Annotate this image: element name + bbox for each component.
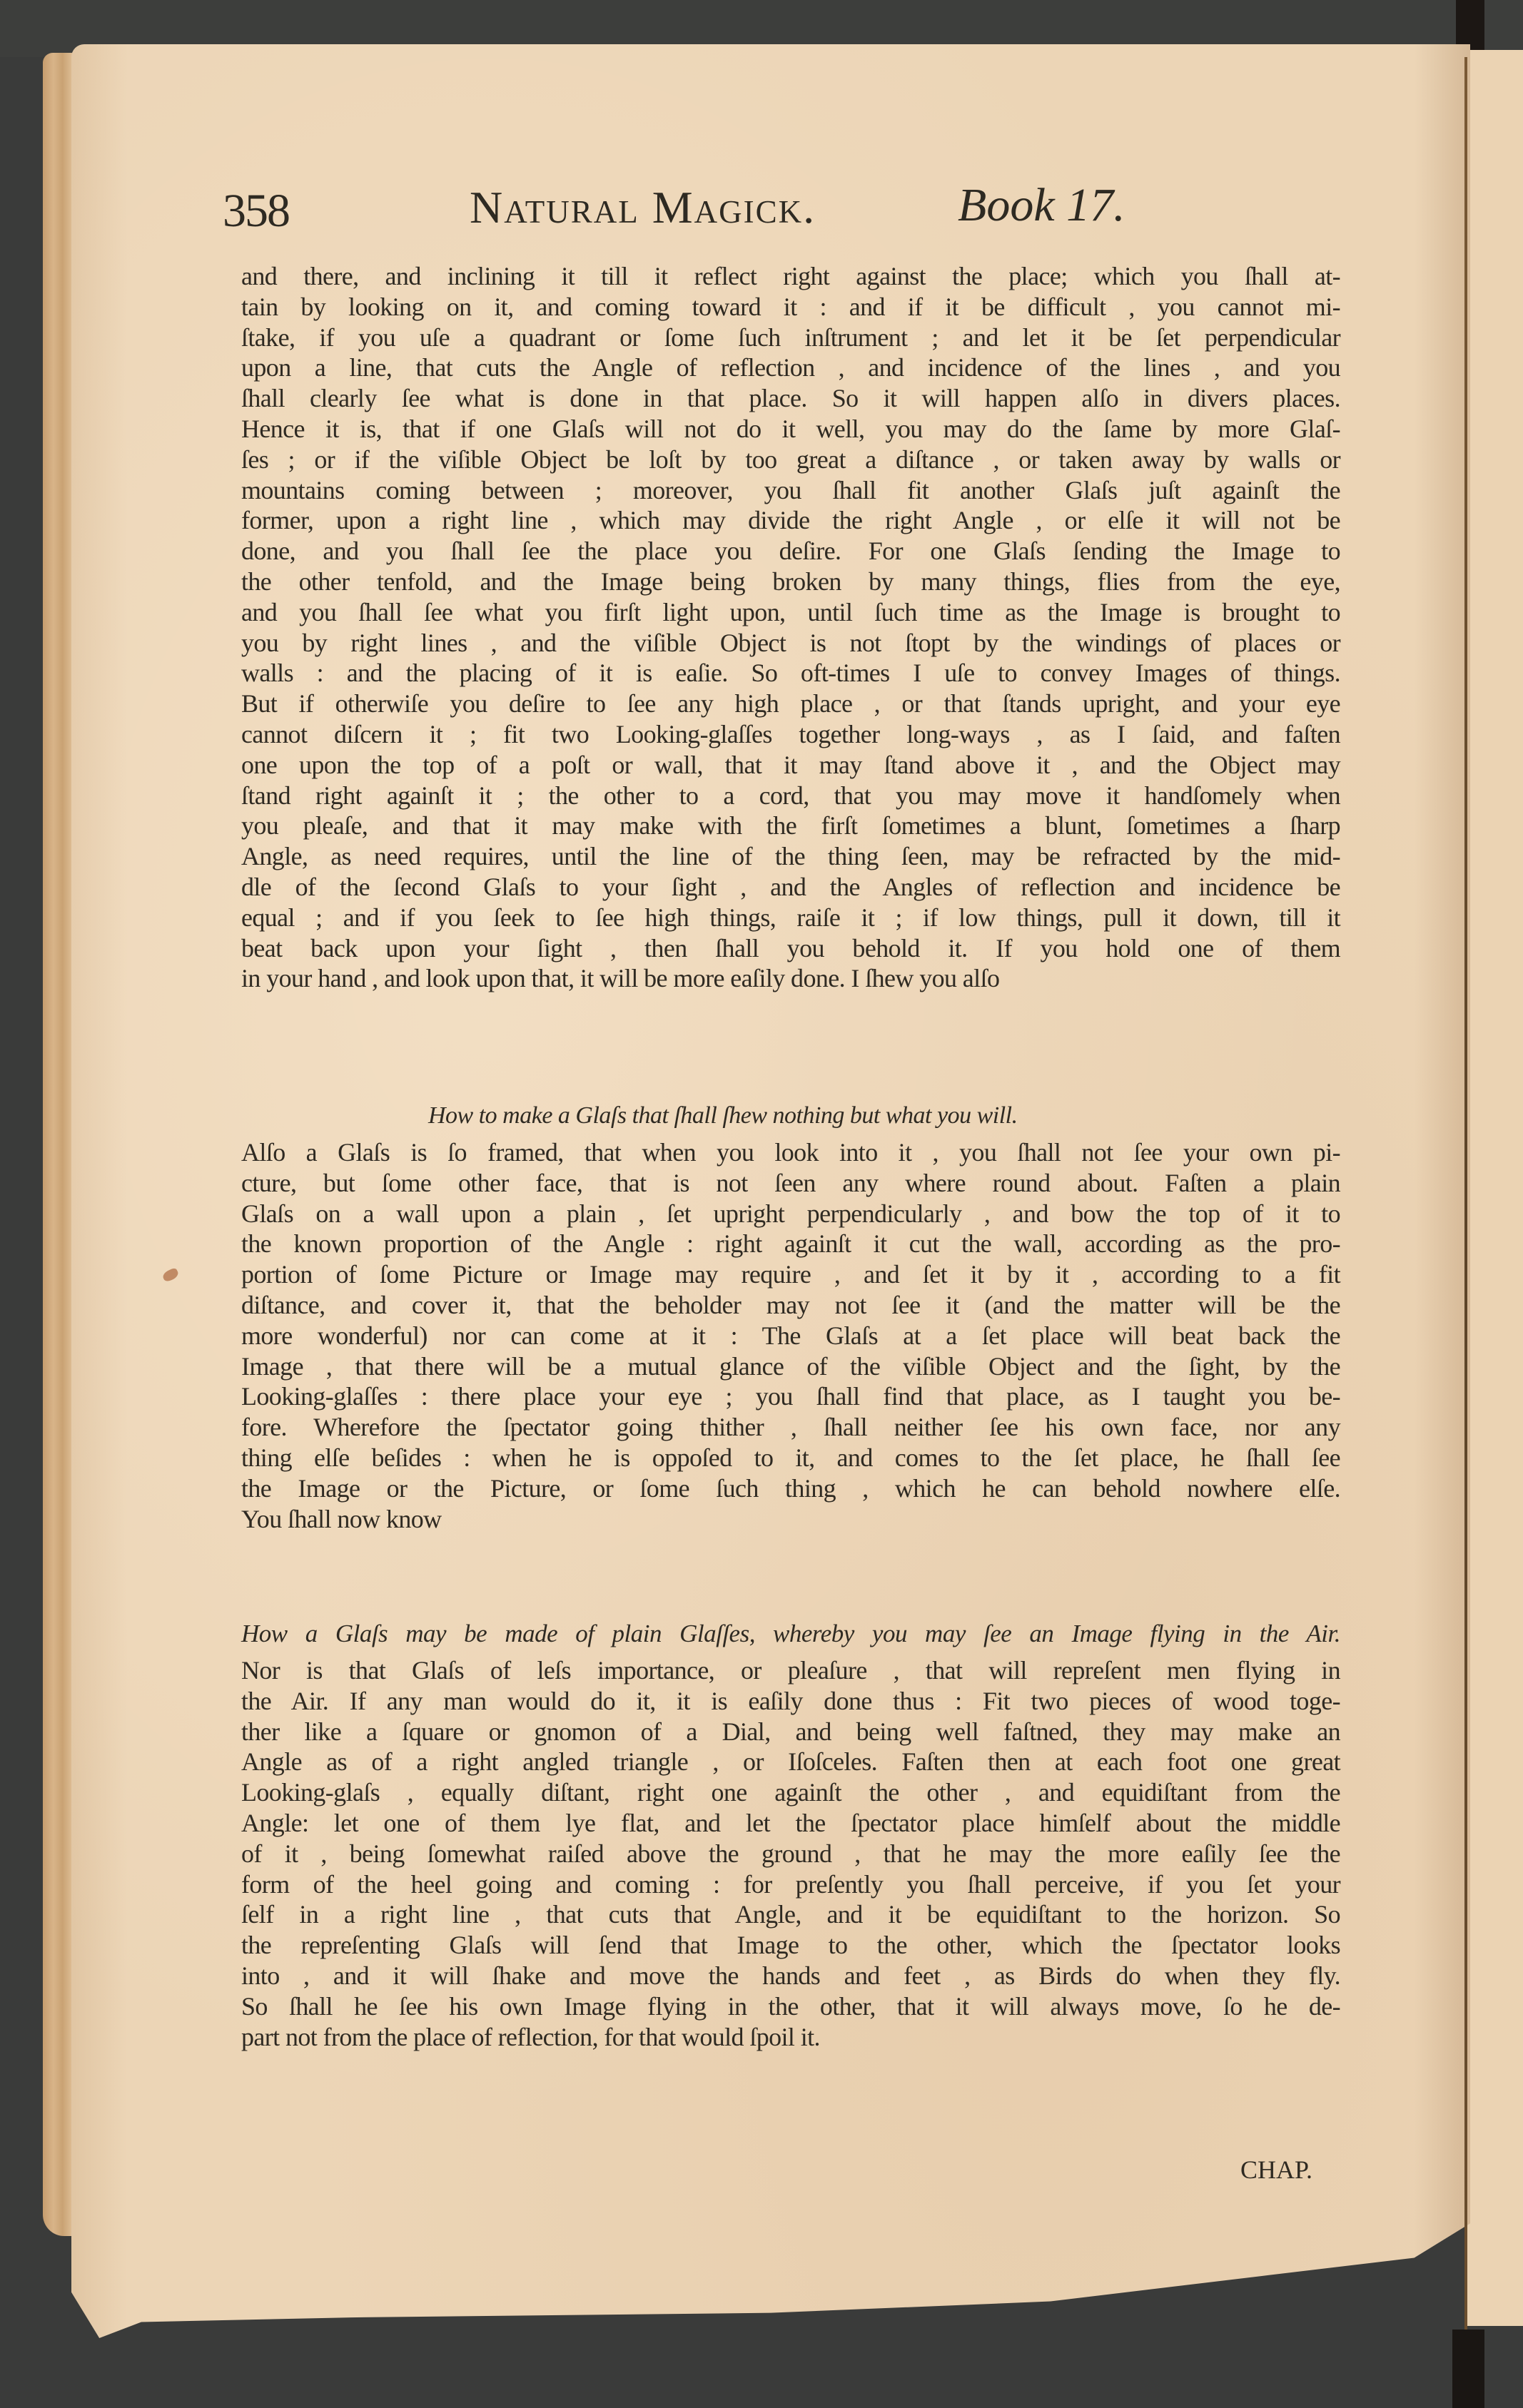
text-line: and there, and inclining it till it refl…	[241, 261, 1340, 292]
text-line: ther like a ſquare or gnomon of a Dial, …	[241, 1717, 1340, 1747]
text-line: more wonderful) nor can come at it : The…	[241, 1321, 1340, 1351]
gutter-fold	[1464, 57, 1467, 2340]
text-line: and you ſhall ſee what you firſt light u…	[241, 597, 1340, 628]
text-line: one upon the top of a poſt or wall, that…	[241, 750, 1340, 781]
text-line: into , and it will ſhake and move the ha…	[241, 1961, 1340, 1991]
text-line: Angle: let one of them lye flat, and let…	[241, 1808, 1340, 1839]
text-line: Alſo a Glaſs is ſo framed, that when you…	[241, 1137, 1340, 1168]
text-line: the known proportion of the Angle : righ…	[241, 1229, 1340, 1259]
text-line: cture, but ſome other face, that is not …	[241, 1168, 1340, 1199]
text-line: former, upon a right line , which may di…	[241, 505, 1340, 536]
text-line: cannot diſcern it ; fit two Looking-glaſ…	[241, 719, 1340, 750]
body-paragraph-3: Nor is that Glaſs of leſs importance, or…	[241, 1655, 1340, 2052]
text-line: tain by looking on it, and coming toward…	[241, 292, 1340, 322]
running-title: Natural Magick.	[470, 181, 816, 234]
text-line: ſes ; or if the viſible Object be loſt b…	[241, 444, 1340, 475]
text-line: Nor is that Glaſs of leſs importance, or…	[241, 1655, 1340, 1686]
text-line: done, and you ſhall ſee the place you de…	[241, 536, 1340, 567]
text-line: thing elſe beſides : when he is oppoſed …	[241, 1443, 1340, 1473]
book-label: Book 17.	[958, 178, 1125, 233]
text-line: the Air. If any man would do it, it is e…	[241, 1686, 1340, 1717]
text-line: of it , being ſomewhat raiſed above the …	[241, 1839, 1340, 1869]
text-line: beat back upon your ſight , then ſhall y…	[241, 933, 1340, 964]
text-line: you pleaſe, and that it may make with th…	[241, 811, 1340, 841]
text-line: Angle as of a right angled triangle , or…	[241, 1747, 1340, 1777]
text-line: equal ; and if you ſeek to ſee high thin…	[241, 903, 1340, 933]
body-paragraph-1: and there, and inclining it till it refl…	[241, 261, 1340, 994]
text-line: the repreſenting Glaſs will ſend that Im…	[241, 1930, 1340, 1961]
text-line: portion of ſome Picture or Image may req…	[241, 1259, 1340, 1290]
text-line: fore. Wherefore the ſpectator going thit…	[241, 1412, 1340, 1443]
section-heading-glass-shew-nothing: How to make a Glaſs that ſhall ſhew noth…	[428, 1102, 1018, 1129]
text-line: form of the heel going and coming : for …	[241, 1869, 1340, 1900]
body-paragraph-2: Alſo a Glaſs is ſo framed, that when you…	[241, 1137, 1340, 1534]
text-line: Hence it is, that if one Glaſs will not …	[241, 414, 1340, 444]
text-line: in your hand , and look upon that, it wi…	[241, 963, 1340, 994]
text-line: Angle, as need requires, until the line …	[241, 841, 1340, 872]
catchword: CHAP.	[1240, 2155, 1312, 2185]
running-header: 358 Natural Magick. Book 17.	[223, 178, 1336, 250]
text-line: Image , that there will be a mutual glan…	[241, 1351, 1340, 1382]
text-line: you by right lines , and the viſible Obj…	[241, 628, 1340, 659]
text-line: ſtake, if you uſe a quadrant or ſome ſuc…	[241, 322, 1340, 353]
section-heading-image-flying: How a Glaſs may be made of plain Glaſſes…	[241, 1620, 1340, 1648]
text-line: the Image or the Picture, or ſome ſuch t…	[241, 1473, 1340, 1504]
text-line: the other tenfold, and the Image being b…	[241, 567, 1340, 597]
text-line: ſelf in a right line , that cuts that An…	[241, 1899, 1340, 1930]
binding-spine-bottom	[1452, 2330, 1484, 2408]
text-line: dle of the ſecond Glaſs to your ſight , …	[241, 872, 1340, 903]
text-line: But if otherwiſe you deſire to ſee any h…	[241, 689, 1340, 719]
text-line: ſtand right againſt it ; the other to a …	[241, 781, 1340, 811]
page-number: 358	[223, 184, 289, 238]
facing-page-edge	[1467, 50, 1523, 2326]
text-line: So ſhall he ſee his own Image flying in …	[241, 1991, 1340, 2022]
text-line: upon a line, that cuts the Angle of refl…	[241, 352, 1340, 383]
text-line: diſtance, and cover it, that the beholde…	[241, 1290, 1340, 1321]
binding-spine-top	[1456, 0, 1484, 50]
text-line: You ſhall now know	[241, 1504, 1340, 1535]
text-line: ſhall clearly ſee what is done in that p…	[241, 383, 1340, 414]
text-line: Glaſs on a wall upon a plain , ſet uprig…	[241, 1199, 1340, 1229]
text-line: walls : and the placing of it is eaſie. …	[241, 658, 1340, 689]
text-line: Looking-glaſs , equally diſtant, right o…	[241, 1777, 1340, 1808]
text-line: Looking-glaſſes : there place your eye ;…	[241, 1381, 1340, 1412]
text-line: mountains coming between ; moreover, you…	[241, 475, 1340, 506]
text-line: part not from the place of reflection, f…	[241, 2022, 1340, 2053]
